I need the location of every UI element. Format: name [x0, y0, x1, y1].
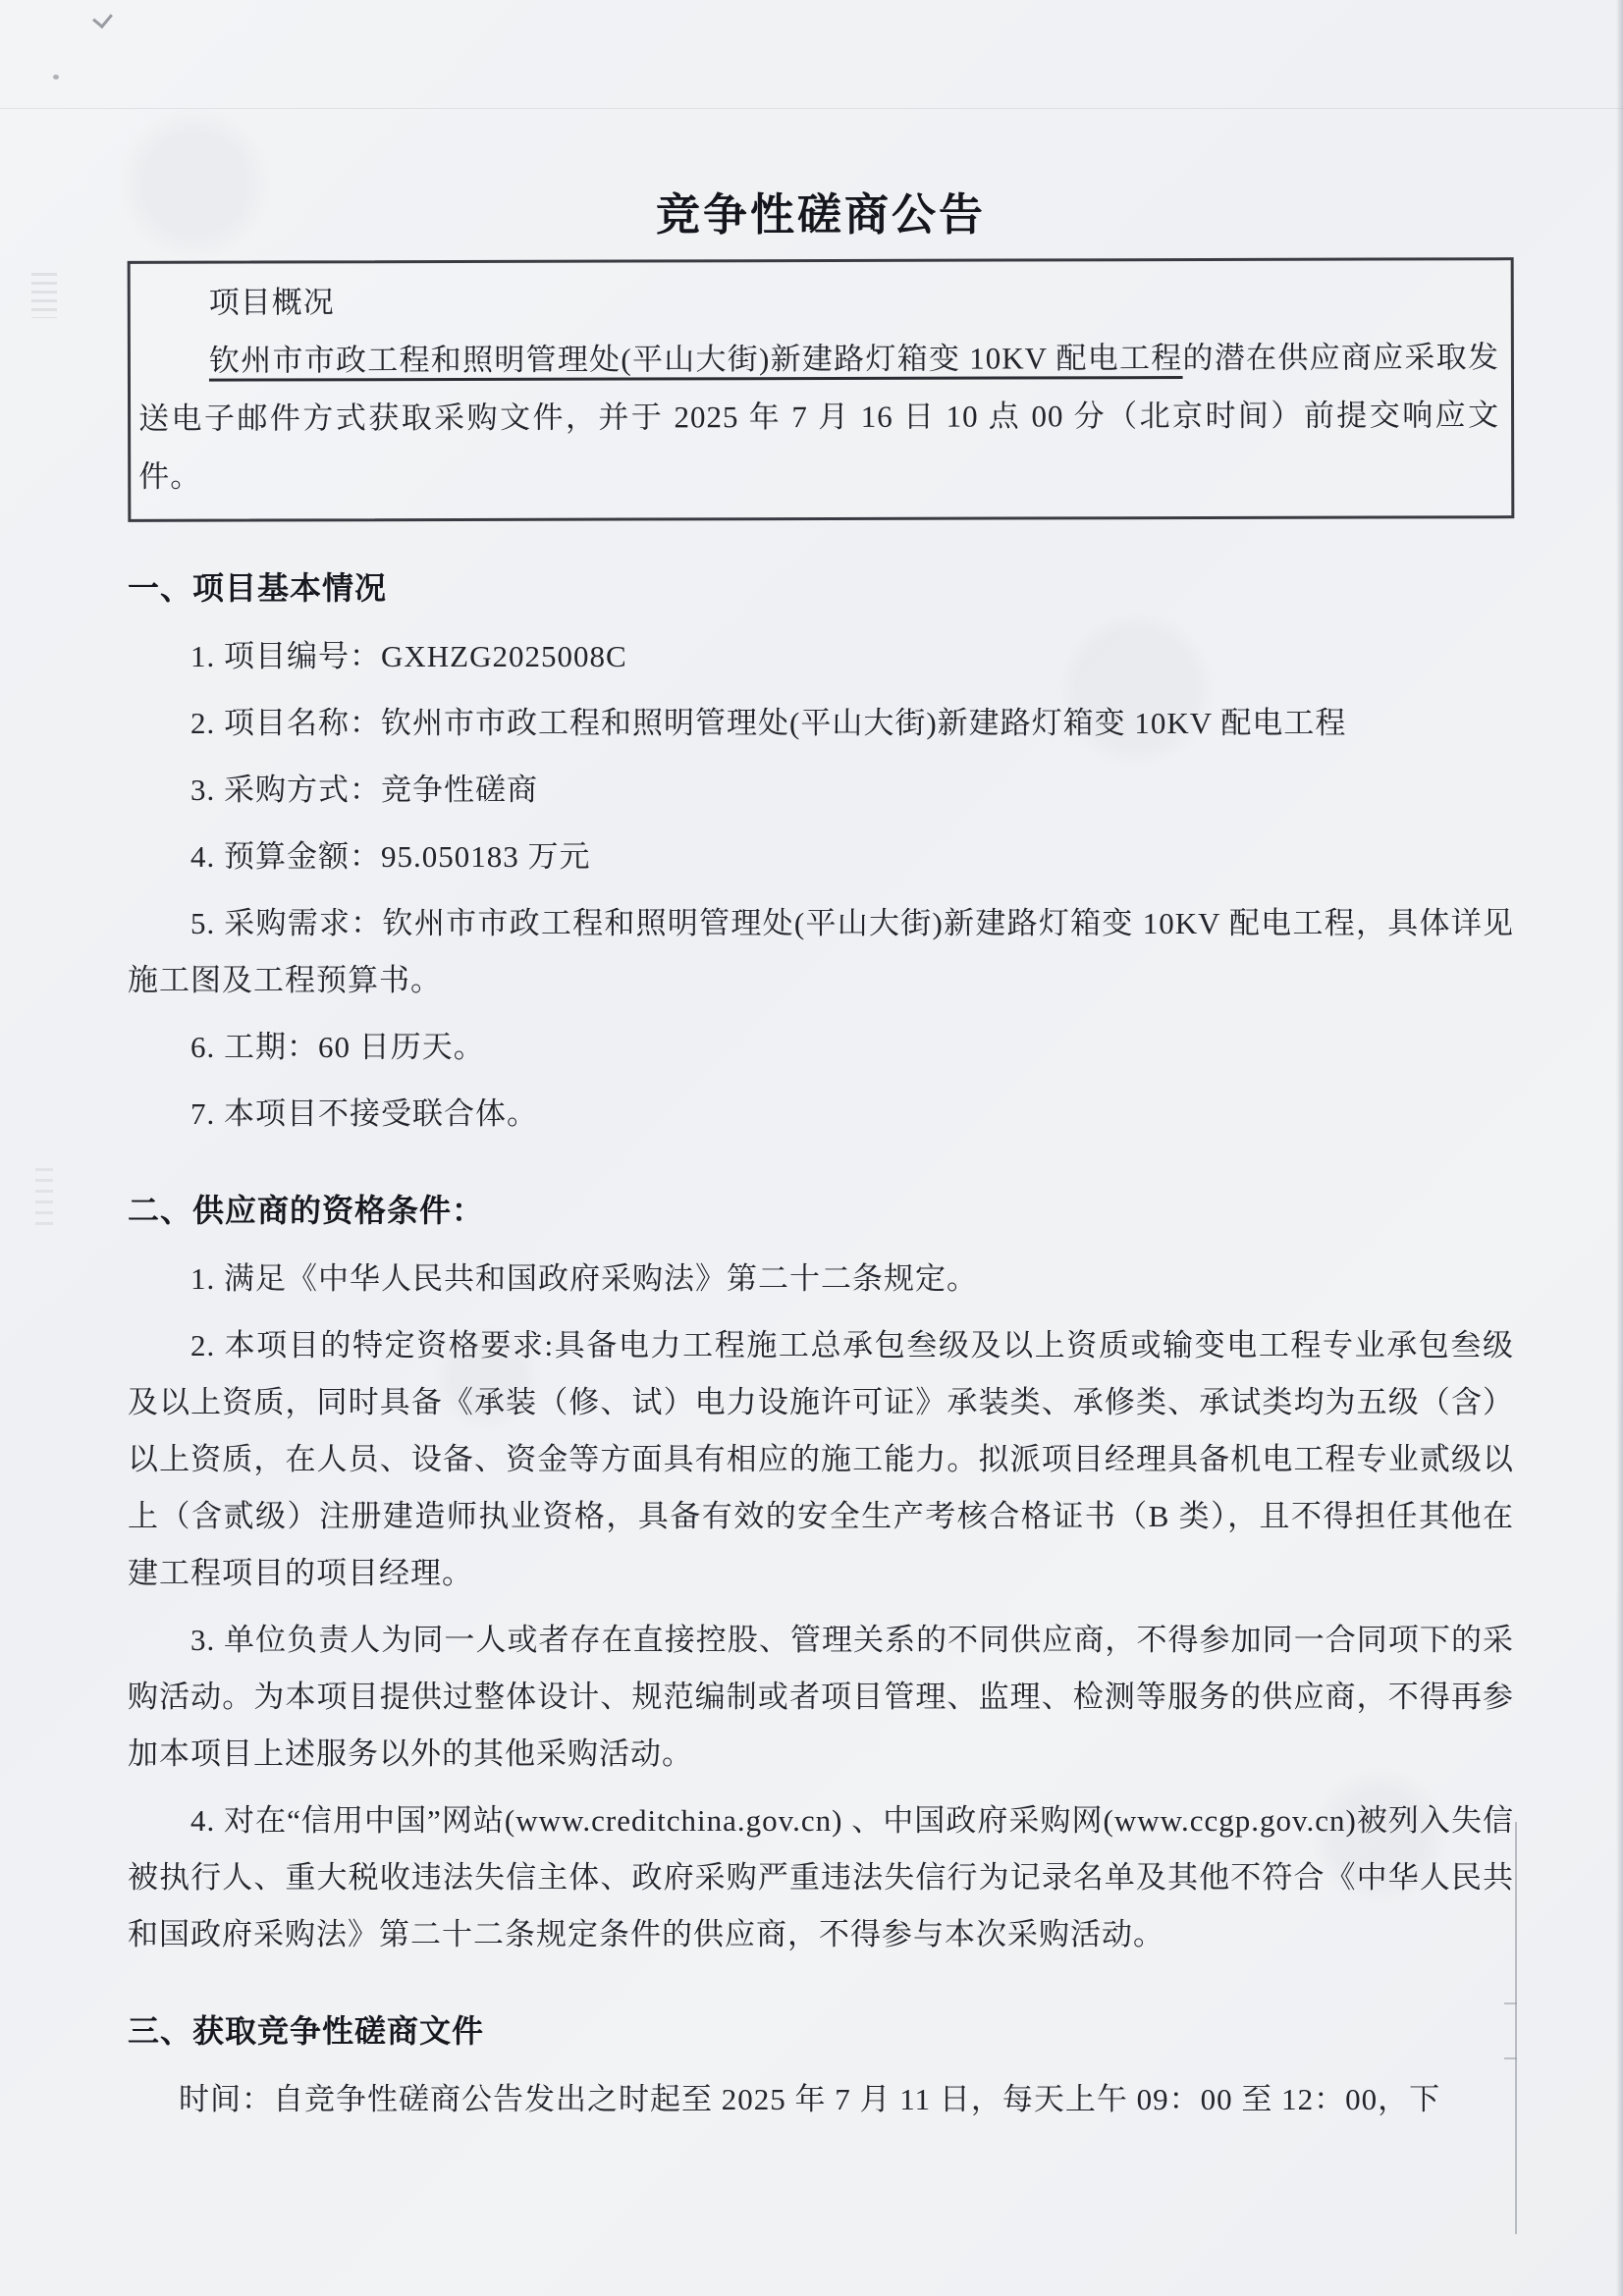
- scan-smudge: [35, 1168, 53, 1227]
- list-item: 7. 本项目不接受联合体。: [128, 1086, 1514, 1143]
- scan-smudge: [31, 273, 57, 318]
- list-item: 2. 项目名称：钦州市市政工程和照明管理处(平山大街)新建路灯箱变 10KV 配…: [128, 695, 1514, 752]
- section-heading-2: 二、供应商的资格条件：: [128, 1180, 1514, 1241]
- list-item: 3. 单位负责人为同一人或者存在直接控股、管理关系的不同供应商，不得参加同一合同…: [128, 1612, 1514, 1783]
- list-item: 6. 工期：60 日历天。: [128, 1019, 1514, 1076]
- list-item: 4. 预算金额：95.050183 万元: [128, 828, 1514, 885]
- section-heading-3: 三、获取竞争性磋商文件: [128, 2001, 1514, 2061]
- list-item: 1. 项目编号：GXHZG2025008C: [128, 628, 1514, 685]
- list-item: 时间：自竞争性磋商公告发出之时起至 2025 年 7 月 11 日，每天上午 0…: [128, 2071, 1514, 2128]
- overview-paragraph: 钦州市市政工程和照明管理处(平山大街)新建路灯箱变 10KV 配电工程的潜在供应…: [138, 328, 1499, 506]
- scan-edge-line: [1515, 1822, 1517, 2234]
- scanned-document-page: 竞争性磋商公告 项目概况 钦州市市政工程和照明管理处(平山大街)新建路灯箱变 1…: [0, 0, 1623, 2296]
- overview-box: 项目概况 钦州市市政工程和照明管理处(平山大街)新建路灯箱变 10KV 配电工程…: [128, 257, 1515, 522]
- pen-check-mark: [92, 8, 113, 28]
- list-item: 1. 满足《中华人民共和国政府采购法》第二十二条规定。: [128, 1251, 1514, 1308]
- document-title: 竞争性磋商公告: [128, 185, 1514, 245]
- list-item: 5. 采购需求：钦州市市政工程和照明管理处(平山大街)新建路灯箱变 10KV 配…: [128, 895, 1514, 1009]
- list-item: 4. 对在“信用中国”网站(www.creditchina.gov.cn) 、中…: [128, 1792, 1514, 1963]
- list-item: 3. 采购方式：竞争性磋商: [128, 762, 1514, 819]
- overview-heading: 项目概况: [138, 270, 1499, 332]
- scan-speck: [53, 75, 59, 80]
- document-content: 竞争性磋商公告 项目概况 钦州市市政工程和照明管理处(平山大街)新建路灯箱变 1…: [128, 0, 1514, 2128]
- page-edge-shadow: [1616, 0, 1623, 2296]
- section-heading-1: 一、项目基本情况: [128, 558, 1514, 618]
- list-item: 2. 本项目的特定资格要求:具备电力工程施工总承包叁级及以上资质或输变电工程专业…: [128, 1317, 1514, 1602]
- project-name-underlined: 钦州市市政工程和照明管理处(平山大街)新建路灯箱变 10KV 配电工程: [209, 341, 1183, 378]
